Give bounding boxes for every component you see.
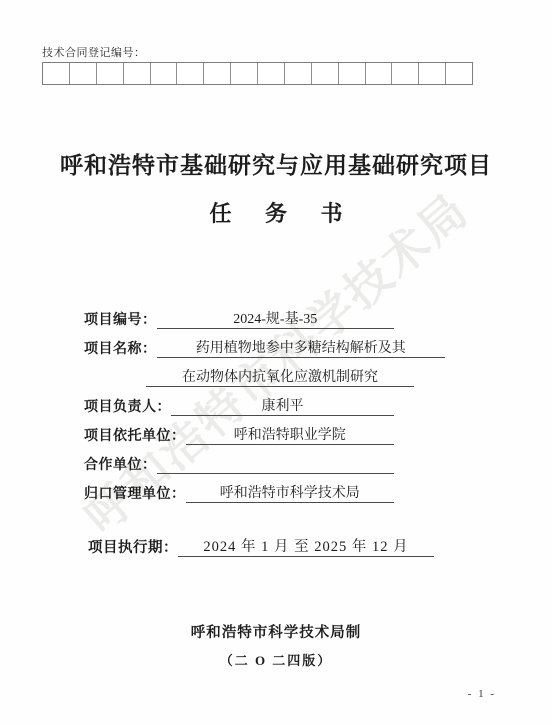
registration-grid-cell [419,63,446,84]
registration-grid-cell [312,63,339,84]
registration-label: 技术合同登记编号： [42,44,473,60]
registration-grid-cell [70,63,97,84]
host-unit-value: 呼和浩特职业学院 [186,424,395,445]
project-number-label: 项目编号： [84,309,157,329]
document-page: 呼和浩特市科学技术局 技术合同登记编号： 呼和浩特市基础研究与应用基础研究项目 … [0,0,552,725]
project-name-label: 项目名称： [84,338,157,358]
page-number: - 1 - [468,688,496,700]
project-leader-value: 康利平 [171,395,394,416]
registration-grid-cell [43,63,70,84]
cooperation-unit-value [157,455,395,474]
field-management-unit: 归口管理单位： 呼和浩特市科学技术局 [84,474,394,503]
registration-grid-cell [446,63,472,84]
execution-period-label: 项目执行期： [88,536,178,557]
form-fields: 项目编号： 2024-规-基-35 项目名称： 药用植物地参中多糖结构解析及其 … [84,300,445,503]
registration-grid-cell [177,63,204,84]
registration-grid-cell [392,63,419,84]
registration-grid-cell [366,63,393,84]
host-unit-label: 项目依托单位： [84,425,186,445]
registration-grid-cell [231,63,258,84]
footer-block: 呼和浩特市科学技术局制 （二 O 二四版） [0,621,552,669]
registration-grid-cell [285,63,312,84]
registration-grid-cell [258,63,285,84]
field-project-name: 项目名称： 药用植物地参中多糖结构解析及其 [84,329,445,358]
field-execution-period: 项目执行期： 2024 年 1 月 至 2025 年 12 月 [88,531,434,557]
project-leader-label: 项目负责人： [84,396,171,416]
field-project-name-line2: 在动物体内抗氧化应激机制研究 [84,358,414,387]
field-project-number: 项目编号： 2024-规-基-35 [84,300,394,329]
registration-number-grid [42,62,473,85]
registration-section: 技术合同登记编号： [42,44,473,85]
edition-line: （二 O 二四版） [0,650,552,669]
management-unit-value: 呼和浩特市科学技术局 [186,482,395,503]
title-block: 呼和浩特市基础研究与应用基础研究项目 任 务 书 [0,147,552,228]
registration-grid-cell [151,63,178,84]
project-name-value-line1: 药用植物地参中多糖结构解析及其 [157,337,446,358]
registration-grid-cell [339,63,366,84]
project-name-value-line2: 在动物体内抗氧化应激机制研究 [146,366,414,387]
execution-period-value: 2024 年 1 月 至 2025 年 12 月 [178,535,434,557]
document-subtitle: 任 务 书 [0,197,552,228]
registration-grid-cell [124,63,151,84]
project-number-value: 2024-规-基-35 [157,308,395,329]
field-project-leader: 项目负责人： 康利平 [84,387,394,416]
management-unit-label: 归口管理单位： [84,483,186,503]
field-host-unit: 项目依托单位： 呼和浩特职业学院 [84,416,394,445]
registration-grid-cell [204,63,231,84]
publisher-line: 呼和浩特市科学技术局制 [0,621,552,642]
registration-grid-cell [97,63,124,84]
document-title: 呼和浩特市基础研究与应用基础研究项目 [0,147,552,180]
field-cooperation-unit: 合作单位： [84,445,394,474]
cooperation-unit-label: 合作单位： [84,454,157,474]
